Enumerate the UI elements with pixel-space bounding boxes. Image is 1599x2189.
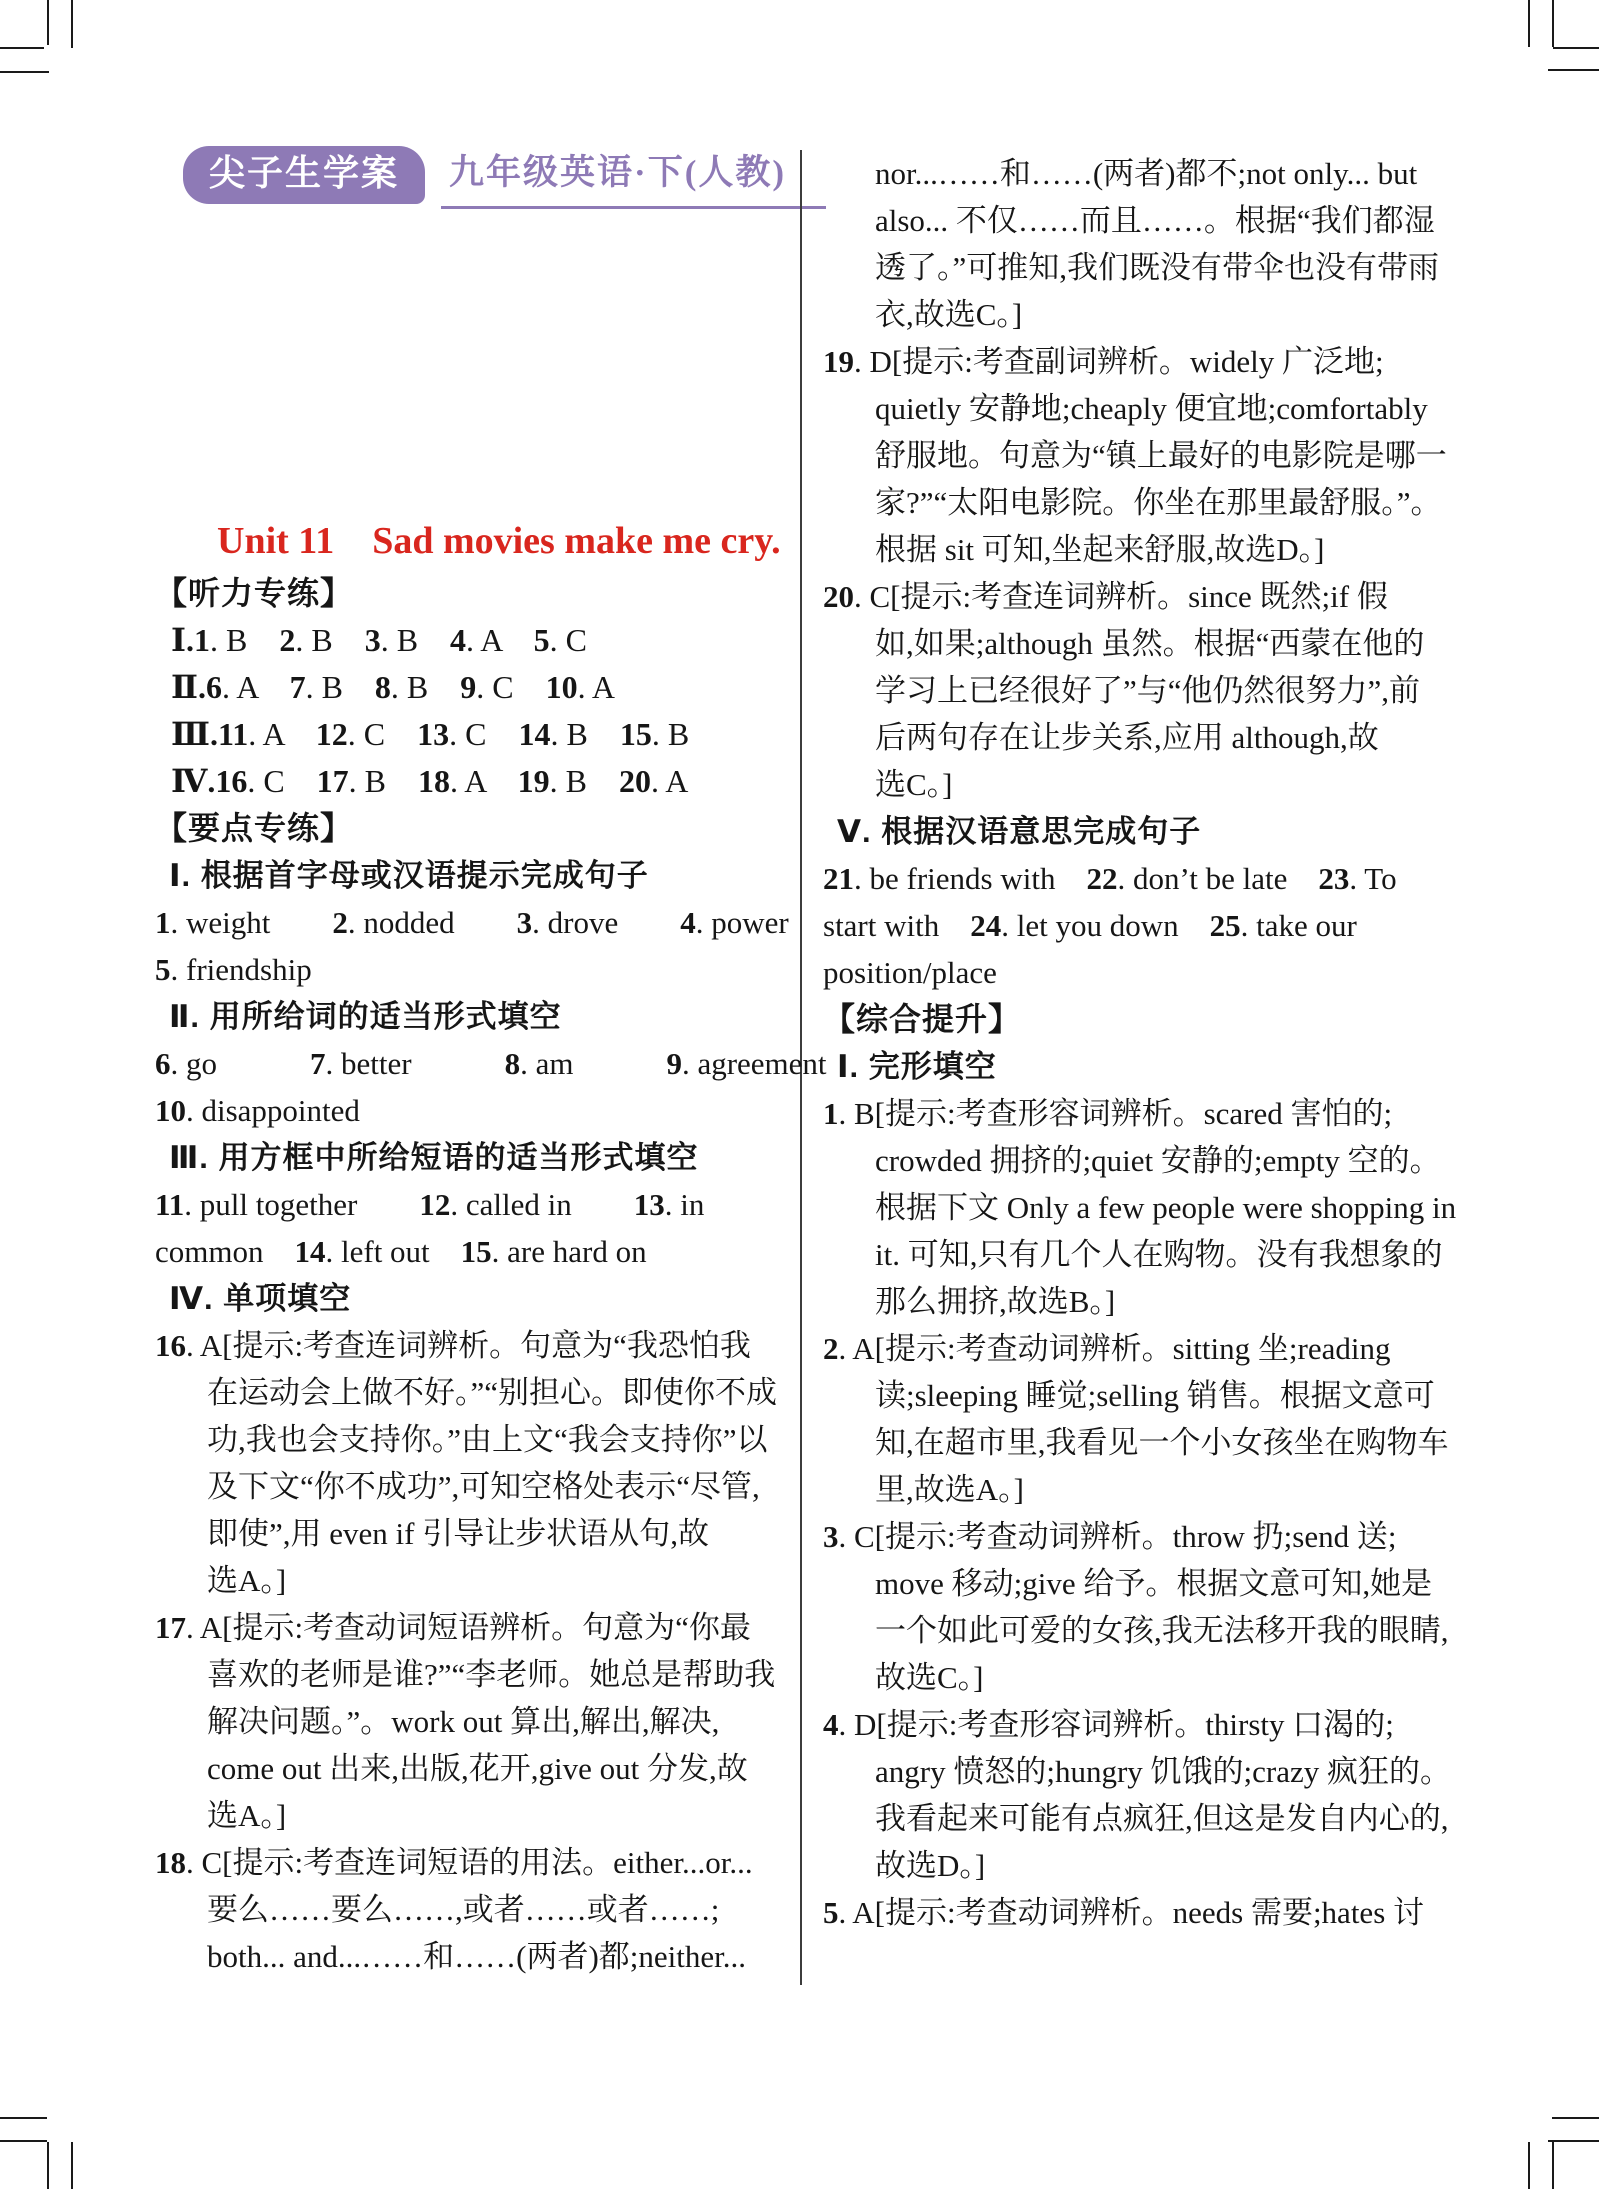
brand-badge: 尖子生学案: [183, 146, 425, 204]
item-20-cont: 后两句存在让步关系,应用 although,故: [823, 714, 1471, 761]
crop-mark-bottom-right: [1552, 2117, 1599, 2119]
item-20-cont: 如,如果;although 虽然。根据“西蒙在他的: [823, 620, 1471, 667]
cloze-item-4-cont: 故选D。]: [823, 1842, 1471, 1889]
cloze-item-3-cont: 故选C。]: [823, 1654, 1471, 1701]
listening-answers-part4: Ⅳ.16. C 17. B 18. A 19. B 20. A: [155, 758, 803, 805]
answers-24-25: start with 24. let you down 25. take our: [823, 902, 1471, 949]
item-19: 19. D[提示:考查副词辨析。widely 广泛地;: [823, 338, 1471, 385]
left-column: Unit 11 Sad movies make me cry. 【听力专练】 Ⅰ…: [155, 512, 803, 1980]
item-20-cont: 选C。]: [823, 761, 1471, 808]
item-16: 16. A[提示:考查连词辨析。句意为“我恐怕我: [155, 1322, 803, 1369]
listening-answers-part2: Ⅱ.6. A 7. B 8. B 9. C 10. A: [155, 664, 803, 711]
cloze-item-2-cont: 读;sleeping 睡觉;selling 销售。根据文意可: [823, 1372, 1471, 1419]
cloze-item-3-cont: 一个如此可爱的女孩,我无法移开我的眼睛,: [823, 1607, 1471, 1654]
crop-mark-top-left: [0, 71, 49, 73]
cloze-item-1-cont: it. 可知,只有几个人在购物。没有我想象的: [823, 1231, 1471, 1278]
item-18-cont: 透了。”可推知,我们既没有带伞也没有带雨: [823, 244, 1471, 291]
item-18-cont: 要么……要么……,或者……或者……;: [155, 1886, 803, 1933]
answers-10: 10. disappointed: [155, 1087, 803, 1134]
cloze-item-2: 2. A[提示:考查动词辨析。sitting 坐;reading: [823, 1325, 1471, 1372]
answers-6-9: 6. go 7. better 8. am 9. agreement: [155, 1040, 803, 1087]
answers-14-15: common 14. left out 15. are hard on: [155, 1228, 803, 1275]
answers-1-4: 1. weight 2. nodded 3. drove 4. power: [155, 899, 803, 946]
cloze-item-4-cont: 我看起来可能有点疯狂,但这是发自内心的,: [823, 1795, 1471, 1842]
crop-mark-bottom-right: [1528, 2142, 1530, 2189]
crop-mark-bottom-left: [47, 2142, 49, 2189]
listening-answers-part1: Ⅰ.1. B 2. B 3. B 4. A 5. C: [155, 617, 803, 664]
crop-mark-top-right: [1552, 0, 1554, 47]
crop-mark-bottom-left: [0, 2117, 47, 2119]
item-19-cont: 舒服地。句意为“镇上最好的电影院是哪一: [823, 432, 1471, 479]
item-16-cont: 功,我也会支持你。”由上文“我会支持你”以: [155, 1416, 803, 1463]
section-heading-listening: 【听力专练】: [155, 570, 803, 617]
cloze-item-1-cont: crowded 拥挤的;quiet 安静的;empty 空的。: [823, 1137, 1471, 1184]
cloze-item-3-cont: move 移动;give 给予。根据文意可知,她是: [823, 1560, 1471, 1607]
cloze-item-1: 1. B[提示:考查形容词辨析。scared 害怕的;: [823, 1090, 1471, 1137]
answers-5: 5. friendship: [155, 946, 803, 993]
crop-mark-top-left: [0, 47, 44, 49]
listening-answers-part3: Ⅲ.11. A 12. C 13. C 14. B 15. B: [155, 711, 803, 758]
answers-21-23: 21. be friends with 22. don’t be late 23…: [823, 855, 1471, 902]
item-17-cont: 选A。]: [155, 1792, 803, 1839]
crop-mark-bottom-right: [1552, 2142, 1554, 2189]
crop-mark-top-left: [47, 0, 49, 45]
cloze-item-4-cont: angry 愤怒的;hungry 饥饿的;crazy 疯狂的。: [823, 1748, 1471, 1795]
item-17-cont: come out 出来,出版,花开,give out 分发,故: [155, 1745, 803, 1792]
cloze-item-5: 5. A[提示:考查动词辨析。needs 需要;hates 讨: [823, 1889, 1471, 1936]
unit-title: Unit 11 Sad movies make me cry.: [155, 512, 803, 570]
item-20: 20. C[提示:考查连词辨析。since 既然;if 假: [823, 573, 1471, 620]
crop-mark-top-right: [1553, 47, 1599, 49]
item-16-cont: 即使”,用 even if 引导让步状语从句,故: [155, 1510, 803, 1557]
item-18-cont: nor...……和……(两者)都不;not only... but: [823, 150, 1471, 197]
subheading-complete-sentences: Ⅰ. 根据首字母或汉语提示完成句子: [155, 852, 803, 899]
item-19-cont: 根据 sit 可知,坐起来舒服,故选D。]: [823, 526, 1471, 573]
item-19-cont: quietly 安静地;cheaply 便宜地;comfortably: [823, 385, 1471, 432]
cloze-item-2-cont: 知,在超市里,我看见一个小女孩坐在购物车: [823, 1419, 1471, 1466]
answers-25-cont: position/place: [823, 949, 1471, 996]
cloze-item-1-cont: 那么拥挤,故选B。]: [823, 1278, 1471, 1325]
item-16-cont: 选A。]: [155, 1557, 803, 1604]
item-17-cont: 解决问题。”。work out 算出,解出,解决,: [155, 1698, 803, 1745]
crop-mark-bottom-left: [71, 2142, 73, 2189]
item-18-cont: also... 不仅……而且……。根据“我们都湿: [823, 197, 1471, 244]
page-header: 尖子生学案 九年级英语·下(人教): [183, 146, 826, 209]
section-heading-comprehensive: 【综合提升】: [823, 996, 1471, 1043]
edition-subtitle: 九年级英语·下(人教): [441, 146, 826, 209]
subheading-cloze: Ⅰ. 完形填空: [823, 1043, 1471, 1090]
subheading-word-forms: Ⅱ. 用所给词的适当形式填空: [155, 993, 803, 1040]
cloze-item-1-cont: 根据下文 Only a few people were shopping in: [823, 1184, 1471, 1231]
subheading-multiple-choice: Ⅳ. 单项填空: [155, 1275, 803, 1322]
answer-key-page: 尖子生学案 九年级英语·下(人教) Unit 11 Sad movies mak…: [0, 0, 1599, 2189]
crop-mark-top-right: [1548, 69, 1599, 71]
cloze-item-4: 4. D[提示:考查形容词辨析。thirsty 口渴的;: [823, 1701, 1471, 1748]
subheading-chinese-complete: Ⅴ. 根据汉语意思完成句子: [823, 808, 1471, 855]
item-18-cont: 衣,故选C。]: [823, 291, 1471, 338]
item-16-cont: 在运动会上做不好。”“别担心。即使你不成: [155, 1369, 803, 1416]
item-17-cont: 喜欢的老师是谁?”“李老师。她总是帮助我: [155, 1651, 803, 1698]
right-column: nor...……和……(两者)都不;not only... but also..…: [823, 150, 1471, 1936]
item-19-cont: 家?”“太阳电影院。你坐在那里最舒服。”。: [823, 479, 1471, 526]
item-20-cont: 学习上已经很好了”与“他仍然很努力”,前: [823, 667, 1471, 714]
item-17: 17. A[提示:考查动词短语辨析。句意为“你最: [155, 1604, 803, 1651]
item-18-cont: both... and...……和……(两者)都;neither...: [155, 1933, 803, 1980]
cloze-item-2-cont: 里,故选A。]: [823, 1466, 1471, 1513]
crop-mark-bottom-right: [1548, 2140, 1599, 2142]
item-18: 18. C[提示:考查连词短语的用法。either...or...: [155, 1839, 803, 1886]
cloze-item-3: 3. C[提示:考查动词辨析。throw 扔;send 送;: [823, 1513, 1471, 1560]
crop-mark-top-right: [1528, 0, 1530, 47]
section-heading-keypoints: 【要点专练】: [155, 805, 803, 852]
crop-mark-bottom-left: [0, 2140, 47, 2142]
subheading-phrase-forms: Ⅲ. 用方框中所给短语的适当形式填空: [155, 1134, 803, 1181]
answers-11-13: 11. pull together 12. called in 13. in: [155, 1181, 803, 1228]
item-16-cont: 及下文“你不成功”,可知空格处表示“尽管,: [155, 1463, 803, 1510]
crop-mark-top-left: [71, 0, 73, 48]
